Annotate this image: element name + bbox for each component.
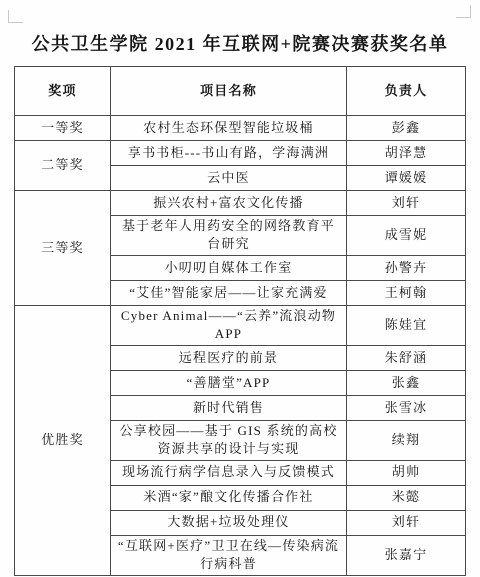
project-cell: 大数据+垃圾处理仪 xyxy=(111,510,347,535)
project-cell: 公享校园——基于 GIS 系统的高校资源共享的设计与实现 xyxy=(111,420,347,460)
table-header-row: 奖项 项目名称 负责人 xyxy=(15,67,466,116)
leader-cell: 胡泽慧 xyxy=(347,141,466,166)
page-title: 公共卫生学院 2021 年互联网+院赛决赛获奖名单 xyxy=(0,30,480,56)
leader-cell: 刘轩 xyxy=(347,510,466,535)
page-corner-mark-top-left xyxy=(8,10,23,23)
project-cell: 米酒“家”酿文化传播合作社 xyxy=(111,485,347,510)
page-corner-mark-top-right xyxy=(456,5,471,18)
award-cell-winner-prize: 优胜奖 xyxy=(15,305,111,575)
leader-cell: 王柯翰 xyxy=(347,280,466,305)
award-cell-first-prize: 一等奖 xyxy=(15,116,111,141)
leader-cell: 陈娃宜 xyxy=(347,305,466,345)
award-results-table: 奖项 项目名称 负责人 一等奖 农村生态环保型智能垃圾桶 彭鑫 二等奖 享书书柜… xyxy=(14,66,466,576)
header-award: 奖项 xyxy=(15,67,111,116)
leader-cell: 成雪妮 xyxy=(347,216,466,256)
table-row: 三等奖 振兴农村+富农文化传播 刘轩 xyxy=(15,191,466,216)
table-row: 二等奖 享书书柜---书山有路，学海满洲 胡泽慧 xyxy=(15,141,466,166)
award-cell-third-prize: 三等奖 xyxy=(15,191,111,306)
header-project: 项目名称 xyxy=(111,67,347,116)
project-cell: 远程医疗的前景 xyxy=(111,345,347,370)
leader-cell: 刘轩 xyxy=(347,191,466,216)
project-cell: 云中医 xyxy=(111,166,347,191)
project-cell: “艾佳”智能家居——让家充满爱 xyxy=(111,280,347,305)
project-cell: 振兴农村+富农文化传播 xyxy=(111,191,347,216)
project-cell: 基于老年人用药安全的网络教育平台研究 xyxy=(111,216,347,256)
project-cell: 现场流行病学信息录入与反馈模式 xyxy=(111,460,347,485)
table-row: 优胜奖 Cyber Animal——“云养”流浪动物 APP 陈娃宜 xyxy=(15,305,466,345)
project-cell: 小叨叨自媒体工作室 xyxy=(111,255,347,280)
project-cell: 农村生态环保型智能垃圾桶 xyxy=(111,116,347,141)
leader-cell: 续翔 xyxy=(347,420,466,460)
award-cell-second-prize: 二等奖 xyxy=(15,141,111,191)
table-row: 一等奖 农村生态环保型智能垃圾桶 彭鑫 xyxy=(15,116,466,141)
leader-cell: 彭鑫 xyxy=(347,116,466,141)
leader-cell: 胡帅 xyxy=(347,460,466,485)
leader-cell: 张雪冰 xyxy=(347,395,466,420)
project-cell: “互联网+医疗”卫卫在线—传染病流行病科普 xyxy=(111,535,347,575)
project-cell: 新时代销售 xyxy=(111,395,347,420)
leader-cell: 米懿 xyxy=(347,485,466,510)
project-cell: “善膳堂”APP xyxy=(111,370,347,395)
leader-cell: 孙警卉 xyxy=(347,255,466,280)
leader-cell: 张嘉宁 xyxy=(347,535,466,575)
leader-cell: 谭媛媛 xyxy=(347,166,466,191)
header-leader: 负责人 xyxy=(347,67,466,116)
project-cell: 享书书柜---书山有路，学海满洲 xyxy=(111,141,347,166)
leader-cell: 朱舒涵 xyxy=(347,345,466,370)
project-cell: Cyber Animal——“云养”流浪动物 APP xyxy=(111,305,347,345)
leader-cell: 张鑫 xyxy=(347,370,466,395)
